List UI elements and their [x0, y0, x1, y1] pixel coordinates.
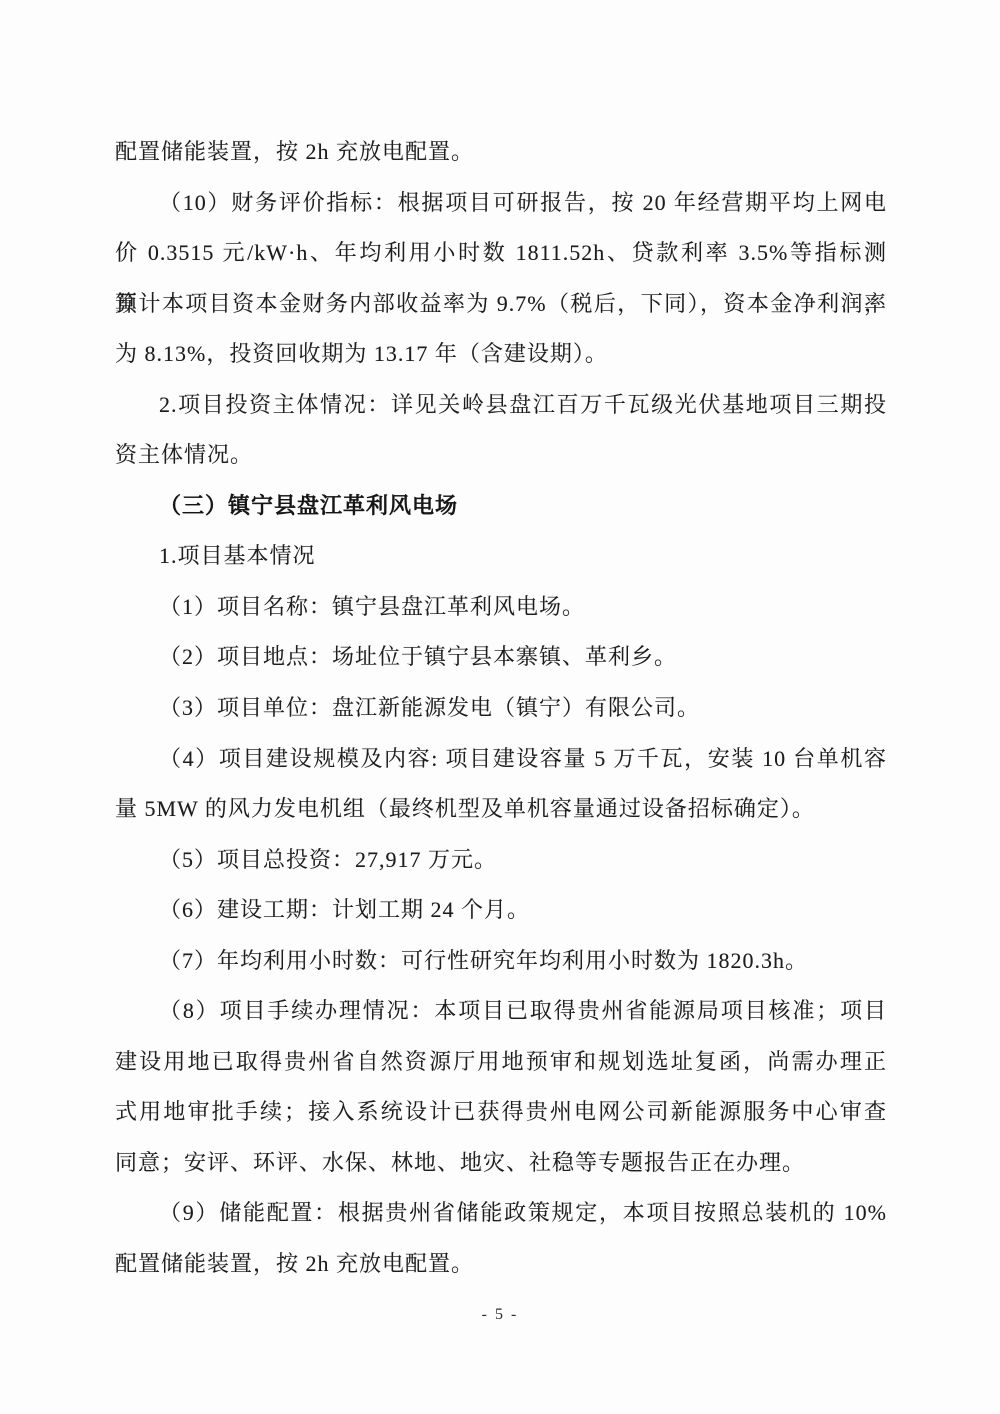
- body-line: （1）项目名称：镇宁县盘江革利风电场。: [115, 582, 887, 633]
- body-line: 1.项目基本情况: [115, 531, 887, 582]
- body-line: 预计本项目资本金财务内部收益率为 9.7%（税后，下同），资本金净利润率: [115, 279, 887, 330]
- body-line: （10）财务评价指标：根据项目可研报告，按 20 年经营期平均上网电: [115, 178, 887, 229]
- body-line: （9）储能配置：根据贵州省储能政策规定，本项目按照总装机的 10%: [115, 1188, 887, 1239]
- body-line: 资主体情况。: [115, 430, 887, 481]
- body-line: （2）项目地点：场址位于镇宁县本寨镇、革利乡。: [115, 632, 887, 683]
- body-line: 配置储能装置，按 2h 充放电配置。: [115, 127, 887, 178]
- body-line: （5）项目总投资：27,917 万元。: [115, 835, 887, 886]
- document-text-block: 配置储能装置，按 2h 充放电配置。 （10）财务评价指标：根据项目可研报告，按…: [115, 127, 887, 1290]
- body-line: 同意；安评、环评、水保、林地、地灾、社稳等专题报告正在办理。: [115, 1138, 887, 1189]
- body-line: 建设用地已取得贵州省自然资源厅用地预审和规划选址复函，尚需办理正: [115, 1037, 887, 1088]
- body-line: （8）项目手续办理情况：本项目已取得贵州省能源局项目核准；项目: [115, 986, 887, 1037]
- body-line: 量 5MW 的风力发电机组（最终机型及单机容量通过设备招标确定）。: [115, 784, 887, 835]
- document-page: 配置储能装置，按 2h 充放电配置。 （10）财务评价指标：根据项目可研报告，按…: [0, 0, 1000, 1414]
- body-line: 价 0.3515 元/kW·h、年均利用小时数 1811.52h、贷款利率 3.…: [115, 228, 887, 279]
- body-line: （7）年均利用小时数：可行性研究年均利用小时数为 1820.3h。: [115, 936, 887, 987]
- body-line: （3）项目单位：盘江新能源发电（镇宁）有限公司。: [115, 683, 887, 734]
- body-line: 配置储能装置，按 2h 充放电配置。: [115, 1239, 887, 1290]
- body-line: （6）建设工期：计划工期 24 个月。: [115, 885, 887, 936]
- body-line: （4）项目建设规模及内容: 项目建设容量 5 万千瓦，安装 10 台单机容: [115, 734, 887, 785]
- section-heading: （三）镇宁县盘江革利风电场: [115, 481, 887, 532]
- body-line: 为 8.13%，投资回收期为 13.17 年（含建设期）。: [115, 329, 887, 380]
- body-line: 2.项目投资主体情况：详见关岭县盘江百万千瓦级光伏基地项目三期投: [115, 380, 887, 431]
- body-line: 式用地审批手续；接入系统设计已获得贵州电网公司新能源服务中心审查: [115, 1087, 887, 1138]
- page-number: - 5 -: [0, 1306, 1000, 1324]
